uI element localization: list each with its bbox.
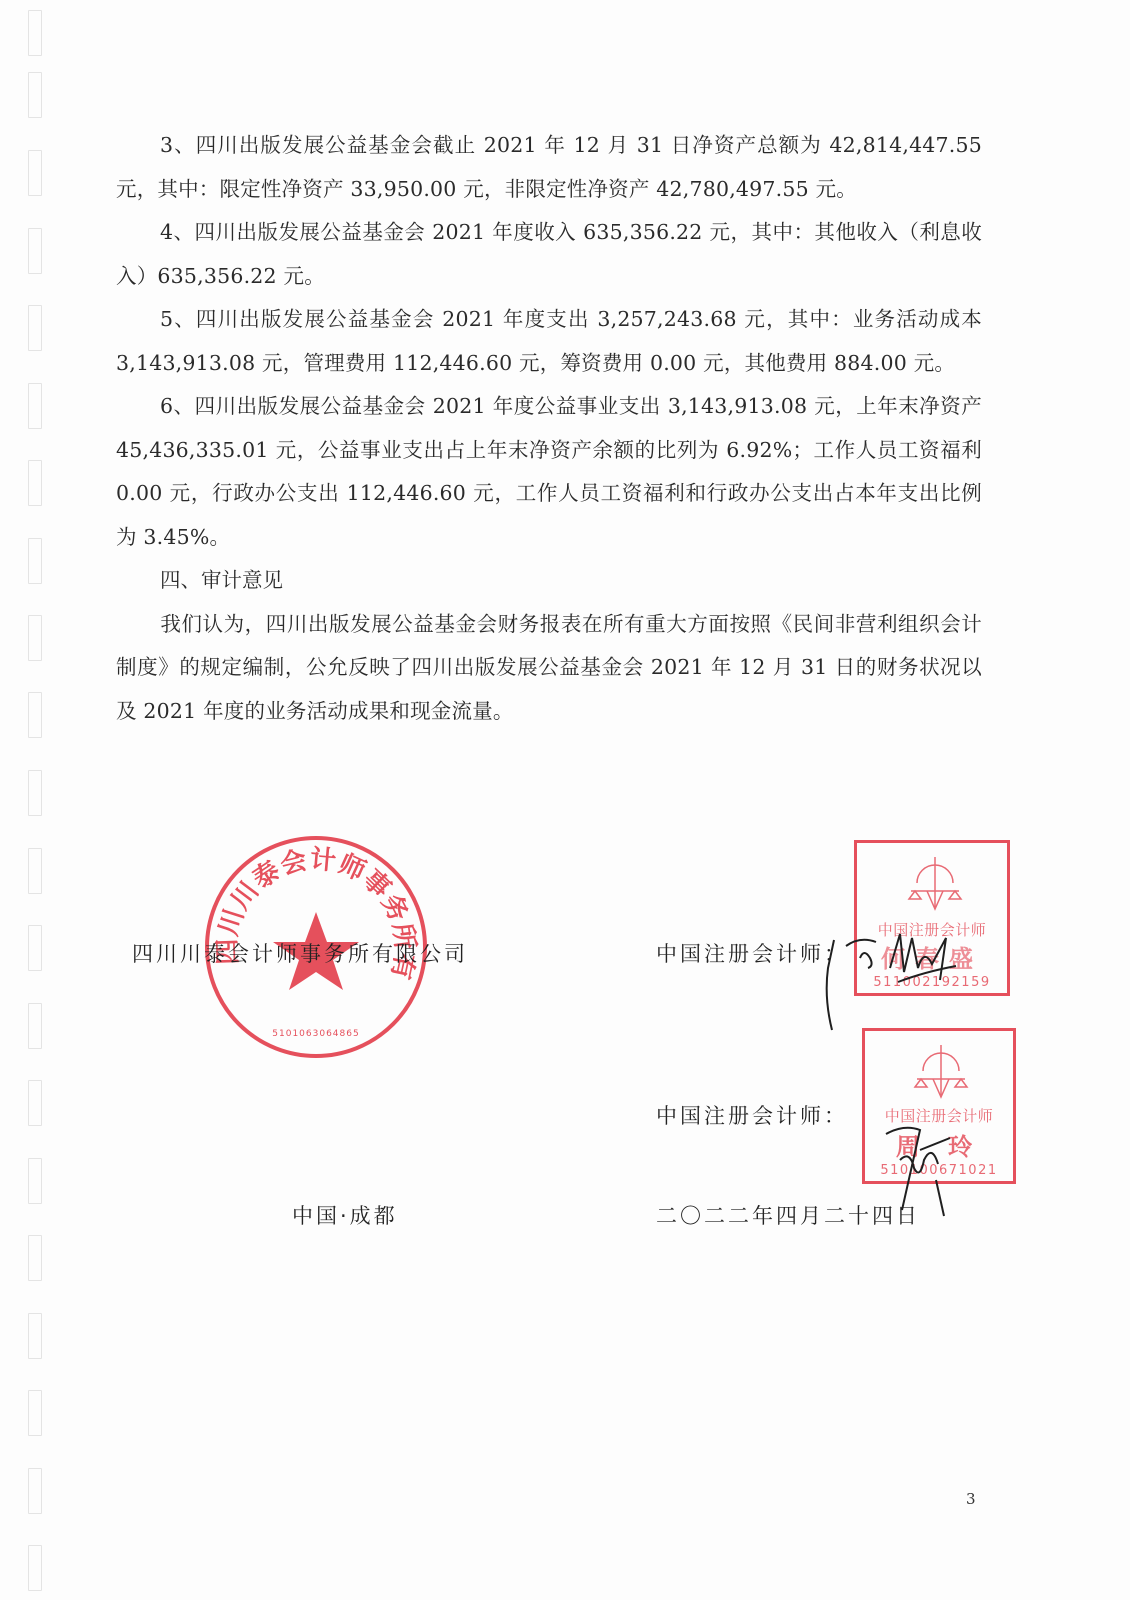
- paragraph-text: 5、四川出版发展公益基金会 2021 年度支出 3,257,243.68 元，其…: [116, 307, 982, 375]
- paragraph-text: 我们认为，四川出版发展公益基金会财务报表在所有重大方面按照《民间非营利组织会计制…: [116, 612, 982, 723]
- page-number: 3: [966, 1490, 976, 1508]
- binding-hole: [28, 1003, 42, 1049]
- cpa-label-2: 中国注册会计师：: [656, 1100, 848, 1130]
- binding-hole: [28, 72, 42, 118]
- binding-hole: [28, 460, 42, 506]
- binding-hole: [28, 1235, 42, 1281]
- binding-hole: [28, 10, 42, 56]
- binding-hole: [28, 1080, 42, 1126]
- paragraph-text: 4、四川出版发展公益基金会 2021 年度收入 635,356.22 元，其中：…: [116, 220, 982, 288]
- binding-hole: [28, 1390, 42, 1436]
- paragraph-text: 6、四川出版发展公益基金会 2021 年度公益事业支出 3,143,913.08…: [116, 394, 982, 549]
- binding-hole: [28, 615, 42, 661]
- signing-location: 中国·成都: [292, 1200, 398, 1230]
- paragraph-item-6: 6、四川出版发展公益基金会 2021 年度公益事业支出 3,143,913.08…: [116, 385, 982, 559]
- seal-number: 5101063064865: [272, 1029, 359, 1039]
- paragraph-audit-opinion: 我们认为，四川出版发展公益基金会财务报表在所有重大方面按照《民间非营利组织会计制…: [116, 603, 982, 734]
- binding-hole: [28, 305, 42, 351]
- binding-hole: [28, 692, 42, 738]
- signing-date: 二〇二二年四月二十四日: [656, 1200, 920, 1230]
- paragraph-text: 3、四川出版发展公益基金会截止 2021 年 12 月 31 日净资产总额为 4…: [116, 133, 982, 201]
- section-heading-audit-opinion: 四、审计意见: [116, 559, 982, 603]
- signature-1-icon: [820, 928, 970, 1038]
- document-body: 3、四川出版发展公益基金会截止 2021 年 12 月 31 日净资产总额为 4…: [116, 124, 982, 733]
- scales-emblem-icon: [911, 1041, 971, 1101]
- binding-holes: [28, 0, 44, 1600]
- binding-hole: [28, 1468, 42, 1514]
- scales-emblem-icon: [905, 853, 965, 913]
- binding-hole: [28, 150, 42, 196]
- paragraph-item-3: 3、四川出版发展公益基金会截止 2021 年 12 月 31 日净资产总额为 4…: [116, 124, 982, 211]
- binding-hole: [28, 1158, 42, 1204]
- audit-firm-name: 四川川泰会计师事务所有限公司: [132, 938, 468, 968]
- binding-hole: [28, 538, 42, 584]
- paragraph-item-4: 4、四川出版发展公益基金会 2021 年度收入 635,356.22 元，其中：…: [116, 211, 982, 298]
- paragraph-item-5: 5、四川出版发展公益基金会 2021 年度支出 3,257,243.68 元，其…: [116, 298, 982, 385]
- binding-hole: [28, 848, 42, 894]
- binding-hole: [28, 383, 42, 429]
- binding-hole: [28, 925, 42, 971]
- binding-hole: [28, 1313, 42, 1359]
- binding-hole: [28, 1545, 42, 1591]
- binding-hole: [28, 770, 42, 816]
- binding-hole: [28, 228, 42, 274]
